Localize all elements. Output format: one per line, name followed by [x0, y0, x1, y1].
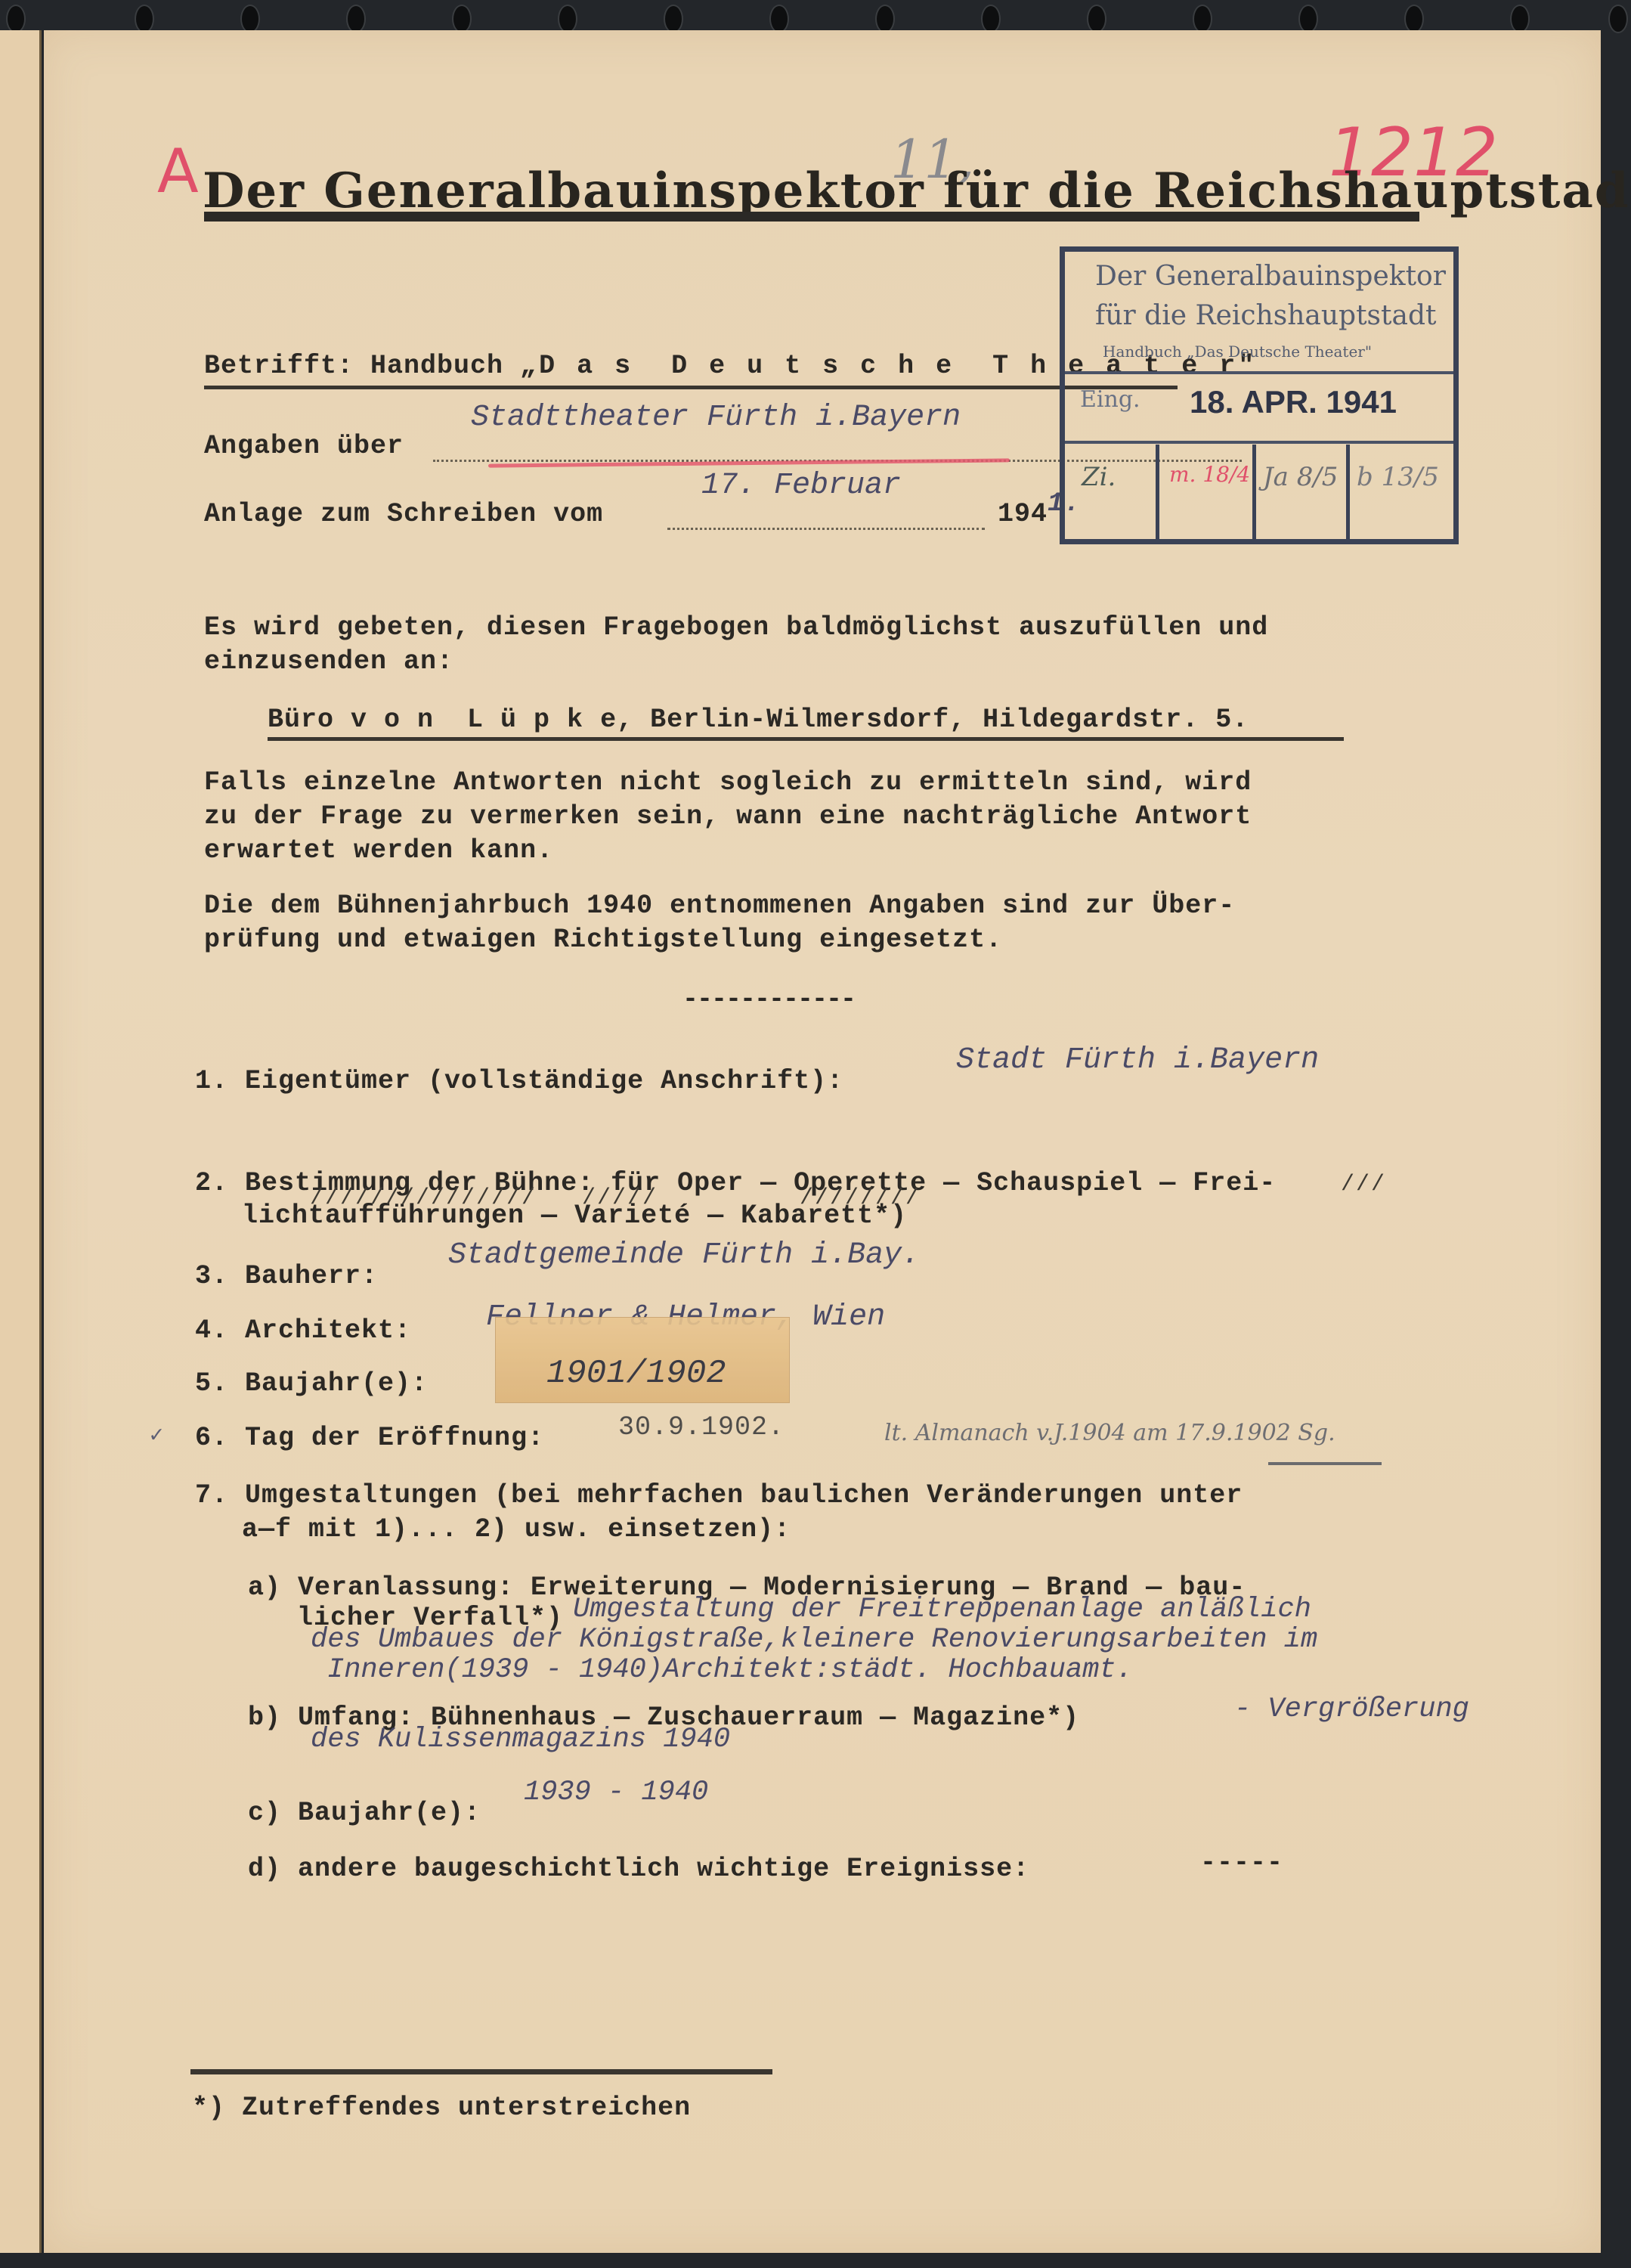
instructions-para3-line2: prüfung und etwaigen Richtigstellung ein…: [204, 925, 1002, 955]
binder-hole: [981, 5, 1001, 33]
stamp-line-2: für die Reichshauptstadt: [1095, 300, 1436, 331]
q7d-answer: -----: [1200, 1848, 1283, 1878]
binder-hole: [1193, 5, 1212, 33]
attachment-date-field: [667, 528, 985, 530]
q7c-answer: 1939 - 1940: [524, 1777, 708, 1808]
footnote-rule: [190, 2069, 772, 2074]
q7a-answer-line1: Umgestaltung der Freitreppenanlage anläß…: [573, 1594, 1311, 1625]
q7d-label: d) andere baugeschichtlich wichtige Erei…: [248, 1854, 1029, 1884]
previous-page-edge: [0, 30, 42, 2253]
q7b-answer-line1: - Vergrößerung: [1234, 1693, 1469, 1725]
stamp-line-3: Handbuch „Das Deutsche Theater": [1103, 342, 1372, 361]
letterhead-title: Der Generalbauinspektor für die Reichsha…: [203, 163, 1631, 219]
q3-answer: Stadtgemeinde Fürth i.Bay.: [448, 1238, 920, 1272]
instructions-para1-line2: einzusenden an:: [204, 646, 453, 677]
binder-hole: [6, 5, 26, 33]
binder-hole: [769, 5, 789, 33]
q2-strike-kabarett: ////////: [800, 1185, 921, 1211]
q7-label-line2: a—f mit 1)... 2) usw. einsetzen):: [242, 1514, 791, 1545]
q6-label: 6. Tag der Eröffnung:: [195, 1423, 544, 1453]
instructions-para1-line1: Es wird gebeten, diesen Fragebogen baldm…: [204, 612, 1268, 643]
receipt-stamp: Der Generalbauinspektor für die Reichsha…: [1060, 246, 1459, 544]
binder-hole: [1298, 5, 1318, 33]
stamp-received-label: Eing.: [1080, 386, 1140, 413]
q2-strike-frei: ///: [1341, 1172, 1386, 1198]
stamp-cell-divider: [1156, 445, 1159, 539]
stamp-line-1: Der Generalbauinspektor: [1095, 261, 1446, 292]
attachment-year-prefix: 194: [998, 499, 1048, 529]
stamp-initial-1: Zi.: [1082, 462, 1116, 492]
stamp-divider: [1065, 441, 1453, 444]
instructions-para3-line1: Die dem Bühnenjahrbuch 1940 entnommenen …: [204, 891, 1235, 921]
instructions-para2-line1: Falls einzelne Antworten nicht sogleich …: [204, 767, 1252, 798]
q2-strike-freilicht: ///////////////: [310, 1185, 537, 1211]
q7a-answer-line2: des Umbaues der Königstraße,kleinere Ren…: [311, 1624, 1317, 1656]
q3-label: 3. Bauherr:: [195, 1261, 378, 1291]
pencil-underline: [1268, 1462, 1382, 1465]
stamp-initial-2: m. 18/4: [1169, 462, 1250, 487]
binder-hole: [664, 5, 683, 33]
instructions-para2-line3: erwartet werden kann.: [204, 835, 553, 866]
section-separator: ------------: [682, 984, 855, 1015]
stamp-divider: [1065, 371, 1453, 374]
binder-hole: [558, 5, 577, 33]
stamp-cell-divider: [1346, 445, 1350, 539]
document-page: A 11, 1212 Der Generalbauinspektor für d…: [44, 30, 1601, 2253]
q7-label-line1: 7. Umgestaltungen (bei mehrfachen baulic…: [195, 1480, 1243, 1510]
check-icon: ✓: [150, 1421, 163, 1449]
address-line: Büro v o n L ü p k e, Berlin-Wilmersdorf…: [268, 705, 1249, 735]
q4-label: 4. Architekt:: [195, 1315, 411, 1346]
archive-mark-red-a: A: [157, 136, 199, 206]
q7a-answer-line3: Inneren(1939 - 1940)Architekt:städt. Hoc…: [327, 1654, 1133, 1686]
stamp-initial-3: Ja 8/5: [1263, 462, 1338, 492]
q5-answer: 1901/1902: [546, 1355, 726, 1393]
q7b-answer-line2: des Kulissenmagazins 1940: [311, 1724, 730, 1755]
attachment-date-value: 17. Februar: [701, 469, 901, 503]
stamp-initial-4: b 13/5: [1357, 462, 1439, 492]
letterhead-rule: [204, 212, 1419, 222]
binder-hole: [452, 5, 472, 33]
footnote-text: *) Zutreffendes unterstreichen: [192, 2093, 691, 2123]
stamp-cell-divider: [1252, 445, 1256, 539]
binder-hole: [1404, 5, 1424, 33]
binder-hole: [1608, 5, 1628, 33]
instructions-para2-line2: zu der Frage zu vermerken sein, wann ein…: [204, 801, 1252, 832]
attachment-label: Anlage zum Schreiben vom: [204, 499, 603, 529]
q1-label: 1. Eigentümer (vollständige Anschrift):: [195, 1066, 843, 1096]
q5-label: 5. Baujahr(e):: [195, 1368, 428, 1399]
info-about-label: Angaben über: [204, 431, 404, 461]
binder-hole: [346, 5, 366, 33]
subject-underline: [204, 386, 1178, 389]
q6-pencil-note: lt. Almanach v.J.1904 am 17.9.1902 Sg.: [884, 1420, 1335, 1446]
address-underline: [268, 737, 1344, 741]
q6-answer: 30.9.1902.: [618, 1412, 785, 1442]
binder-hole: [240, 5, 260, 33]
binder-hole: [1510, 5, 1530, 33]
binder-hole: [135, 5, 154, 33]
subject-label: Betrifft: Handbuch: [204, 351, 503, 381]
binder-strip: [0, 0, 1631, 32]
info-about-value: Stadttheater Fürth i.Bayern: [471, 401, 961, 435]
binder-hole: [1087, 5, 1106, 33]
q7c-label: c) Baujahr(e):: [248, 1798, 481, 1828]
q1-answer: Stadt Fürth i.Bayern: [956, 1043, 1319, 1077]
stamp-received-date: 18. APR. 1941: [1190, 384, 1397, 420]
q2-strike-variete: /////: [582, 1185, 658, 1211]
binder-hole: [875, 5, 895, 33]
